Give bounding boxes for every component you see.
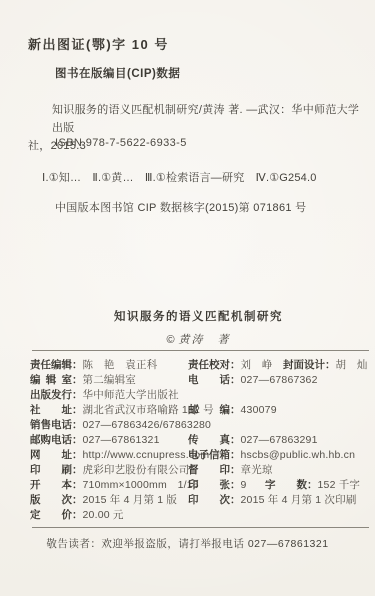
colon: ： — [72, 464, 83, 476]
row-printer: 印刷：虎彩印艺股份有限公司 督印：章光琼 — [30, 463, 371, 478]
piracy-report-notice: 敬告读者：欢迎举报盗版，请打举报电话 027—67861321 — [0, 536, 375, 551]
field-value: 027—67863291 — [241, 434, 318, 446]
field-label: 邮购电话 — [30, 433, 72, 448]
field-value: 第二编辑室 — [83, 374, 137, 386]
field-value: 章光琼 — [241, 464, 273, 476]
colon: ： — [230, 479, 241, 491]
isbn-line: ISBN 978-7-5622-6933-5 — [55, 137, 187, 149]
colon: ： — [72, 359, 83, 371]
field-label: 字数 — [265, 478, 307, 493]
book-title: 知识服务的语义匹配机制研究 — [30, 308, 367, 324]
field-label: 邮编 — [188, 403, 230, 418]
row-sales-phone: 销售电话：027—67863426/67863280 — [30, 418, 371, 433]
colon: ： — [72, 509, 83, 521]
cip-data-heading: 图书在版编目(CIP)数据 — [55, 65, 180, 81]
cip-entry-line1: 知识服务的语义匹配机制研究/黄涛 著. —武汉：华中师范大学出版 — [28, 101, 364, 137]
field-value: 027—67867362 — [241, 374, 318, 386]
field-label: 责任编辑 — [30, 358, 72, 373]
field-label: 出版发行 — [30, 388, 72, 403]
colon: ： — [72, 389, 83, 401]
title-block: 知识服务的语义匹配机制研究 ©黄涛 著 — [30, 308, 367, 347]
colon: ： — [230, 494, 241, 506]
row-publisher: 出版发行：华中师范大学出版社 — [30, 388, 371, 403]
field-label: 版次 — [30, 493, 72, 508]
colon: ： — [72, 404, 83, 416]
field-value: 2015 年 4 月第 1 次印刷 — [241, 494, 357, 506]
colon: ： — [230, 434, 241, 446]
field-label: 社址 — [30, 403, 72, 418]
cip-classification-line: Ⅰ.①知… Ⅱ.①黄… Ⅲ.①检索语言—研究 Ⅳ.①G254.0 — [42, 169, 317, 185]
author-line: ©黄涛 著 — [30, 331, 367, 347]
field-value: 2015 年 4 月第 1 版 — [83, 494, 178, 506]
colon: ： — [230, 374, 241, 386]
field-label: 网址 — [30, 448, 72, 463]
field-value: 9 — [241, 479, 247, 491]
field-value: 027—67861321 — [83, 434, 160, 446]
row-price: 定价：20.00 元 — [30, 508, 371, 523]
row-editorial-office: 编辑室：第二编辑室 电话：027—67867362 — [30, 373, 371, 388]
divider-rule-top — [32, 350, 369, 351]
colon: ： — [72, 434, 83, 446]
field-label: 定价 — [30, 508, 72, 523]
field-label: 印刷 — [30, 463, 72, 478]
field-value: hscbs@public.wh.hb.cn — [241, 449, 356, 461]
field-label: 封面设计 — [283, 358, 325, 373]
publication-permit-line: 新出图证(鄂)字 10 号 — [28, 34, 169, 53]
field-value: 027—67863426/67863280 — [83, 419, 212, 431]
row-address: 社址：湖北省武汉市珞喻路 152 号 邮编：430079 — [30, 403, 371, 418]
colon: ： — [72, 449, 83, 461]
field-label: 开本 — [30, 478, 72, 493]
colon: ： — [72, 374, 83, 386]
colon: ： — [307, 479, 318, 491]
field-label: 编辑室 — [30, 373, 72, 388]
field-value: 虎彩印艺股份有限公司 — [83, 464, 190, 476]
row-website-email: 网址：http://www.ccnupress.com 电子信箱：hscbs@p… — [30, 448, 371, 463]
field-label: 电话 — [188, 373, 230, 388]
row-mail-order: 邮购电话：027—67861321 传真：027—67863291 — [30, 433, 371, 448]
row-edition: 版次：2015 年 4 月第 1 版 印次：2015 年 4 月第 1 次印刷 — [30, 493, 371, 508]
field-label: 印张 — [188, 478, 230, 493]
field-value: 430079 — [241, 404, 277, 416]
field-value: 胡 灿 — [336, 359, 368, 371]
field-value: 152 千字 — [318, 479, 361, 491]
colon: ： — [230, 449, 241, 461]
cip-record-number-line: 中国版本图书馆 CIP 数据核字(2015)第 071861 号 — [55, 199, 306, 215]
field-value: 华中师范大学出版社 — [83, 389, 179, 401]
book-copyright-page: 新出图证(鄂)字 10 号 图书在版编目(CIP)数据 知识服务的语义匹配机制研… — [0, 0, 375, 596]
field-value: 陈 艳 袁正科 — [83, 359, 158, 371]
row-editors: 责任编辑：陈 艳 袁正科 责任校对：刘 峥 封面设计：胡 灿 — [30, 358, 371, 373]
field-label: 责任校对 — [188, 358, 230, 373]
colon: ： — [325, 359, 336, 371]
field-value: 刘 峥 — [241, 359, 273, 371]
colon: ： — [230, 404, 241, 416]
field-label: 传真 — [188, 433, 230, 448]
row-format: 开本：710mm×1000mm 1/16 印张：9 字数：152 千字 — [30, 478, 371, 493]
field-label: 督印 — [188, 463, 230, 478]
divider-rule-bottom — [32, 527, 369, 528]
field-label: 销售电话 — [30, 418, 72, 433]
field-value: 20.00 元 — [83, 509, 124, 521]
copyright-symbol: © — [166, 334, 174, 346]
colon: ： — [230, 359, 241, 371]
colon: ： — [72, 479, 83, 491]
colon: ： — [72, 494, 83, 506]
field-label: 电子信箱 — [188, 448, 230, 463]
colon: ： — [230, 464, 241, 476]
colophon-table: 责任编辑：陈 艳 袁正科 责任校对：刘 峥 封面设计：胡 灿 编辑室：第二编辑室… — [30, 358, 371, 523]
colon: ： — [72, 419, 83, 431]
author-name: 黄涛 著 — [179, 334, 231, 346]
field-value: 710mm×1000mm 1/16 — [83, 479, 199, 491]
field-label: 印次 — [188, 493, 230, 508]
